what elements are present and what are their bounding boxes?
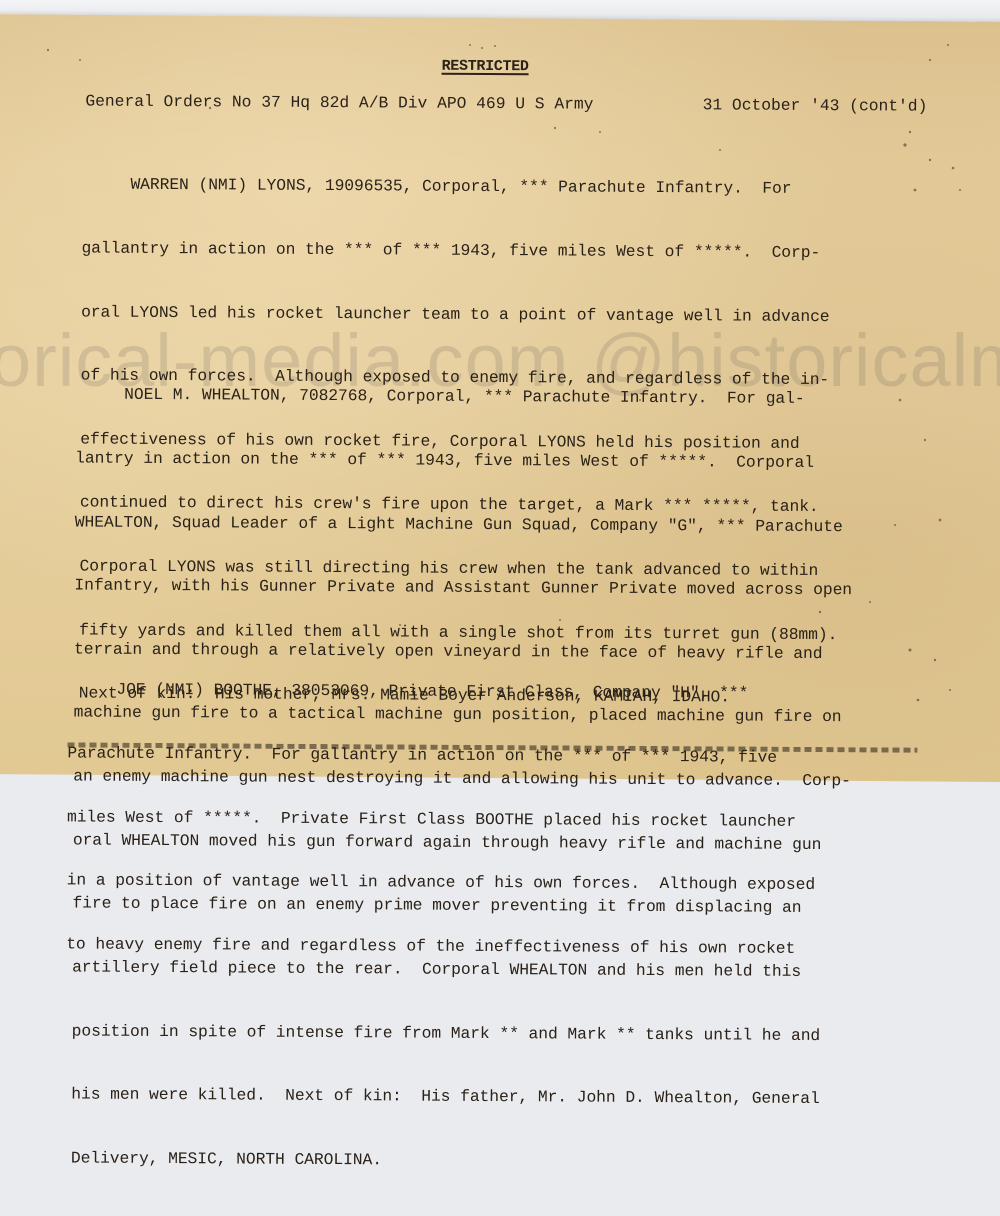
citation-line: gallantry in action on the *** of *** 19… [81, 238, 839, 264]
citation-line: NOEL M. WHEALTON, 7082768, Corporal, ***… [76, 384, 854, 410]
citation-line: oral LYONS led his rocket launcher team … [81, 301, 839, 327]
orders-reference: General Orders No 37 Hq 82d A/B Div APO … [85, 92, 593, 114]
citation-line: Infantry, with his Gunner Private and As… [74, 575, 852, 601]
citation-line: WHEALTON, Squad Leader of a Light Machin… [75, 511, 853, 537]
orders-date: 31 October '43 (cont'd) [703, 95, 928, 115]
typewritten-page: RESTRICTED General Orders No 37 Hq 82d A… [0, 0, 1000, 750]
classification-marking: RESTRICTED [442, 58, 529, 76]
citation-line: JOE (NMI) BOOTHE, 38053069, Private Firs… [68, 679, 817, 705]
citation-line: lantry in action on the *** of *** 1943,… [75, 447, 853, 473]
citation-line: WARREN (NMI) LYONS, 19096535, Corporal, … [82, 174, 840, 200]
citation-boothe: JOE (NMI) BOOTHE, 38053069, Private Firs… [66, 636, 817, 750]
general-orders-heading: General Orders No 37 Hq 82d A/B Div APO … [85, 92, 927, 116]
